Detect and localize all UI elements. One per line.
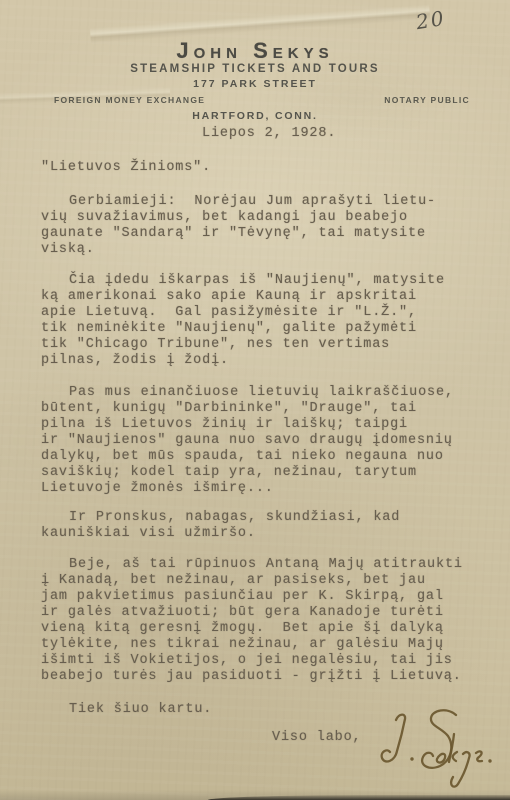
letter-page: 20 John Sekys Steamship Tickets and Tour… bbox=[0, 0, 510, 800]
letter-paragraph: Beje, aš tai rūpinuos Antaną Majų atitra… bbox=[41, 557, 503, 685]
letter-paragraph: Gerbiamieji: Norėjau Jum aprašyti lietu-… bbox=[41, 194, 503, 258]
page-number-handwritten: 20 bbox=[414, 6, 447, 34]
letterhead-city: Hartford, Conn. bbox=[0, 110, 510, 122]
signoff-line: Viso labo, bbox=[272, 730, 362, 746]
letter-paragraph: Pas mus einančiuose lietuvių laikraščiuo… bbox=[41, 385, 503, 497]
letterhead-business-line: Steamship Tickets and Tours bbox=[0, 63, 510, 75]
letterhead-left-note: Foreign Money Exchange bbox=[54, 95, 205, 105]
letterhead-notes-row: Foreign Money Exchange Notary Public bbox=[54, 95, 470, 105]
letter-paragraph: Ir Pronskus, nabagas, skundžiasi, kad ka… bbox=[41, 510, 503, 542]
signature-handwritten bbox=[374, 708, 500, 794]
letterhead-name: John Sekys bbox=[0, 38, 510, 64]
recipient-line: "Lietuvos Žinioms". bbox=[41, 160, 211, 176]
letter-paragraph: Čia įdedu iškarpas iš "Naujienų", matysi… bbox=[41, 273, 503, 369]
letterhead-right-note: Notary Public bbox=[384, 95, 470, 105]
letterhead-street: 177 Park Street bbox=[0, 78, 510, 90]
date-line: Liepos 2, 1928. bbox=[202, 126, 336, 142]
page-bottom-edge bbox=[208, 795, 510, 800]
